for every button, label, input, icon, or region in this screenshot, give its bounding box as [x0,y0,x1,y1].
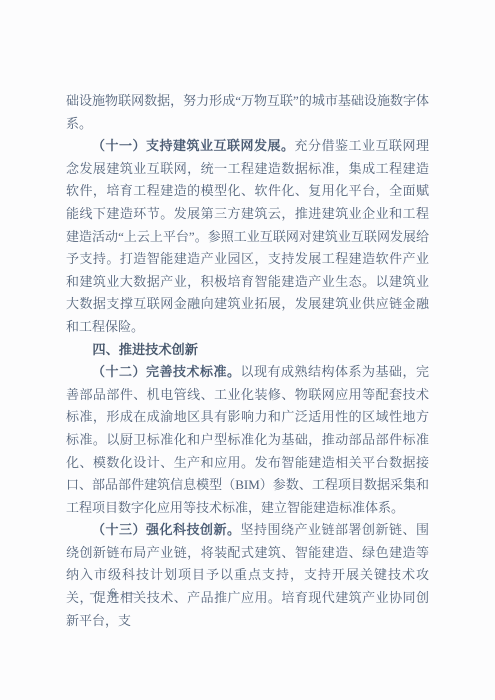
section-heading-4: 四、推进技术创新 [66,339,429,362]
item-11-title: （十一）支持建筑业互联网发展。 [92,138,294,153]
paragraph-continuation: 础设施物联网数据，努力形成“万物互联”的城市基础设施数字体系。 [66,90,429,135]
item-12-body: 以现有成熟结构体系为基础，完善部品部件、机电管线、工业化装修、物联网应用等配套技… [66,364,429,515]
paragraph-item-13: （十三）强化科技创新。坚持围绕产业链部署创新链、围绕创新链布局产业链，将装配式建… [66,519,429,632]
scanned-document-page: { "colors": { "paper": "#fcfcfd", "ink":… [0,0,495,700]
document-body: 础设施物联网数据，努力形成“万物互联”的城市基础设施数字体系。 （十一）支持建筑… [66,90,429,632]
page-number: — 6 — [90,586,138,601]
paragraph-item-12: （十二）完善技术标准。以现有成熟结构体系为基础，完善部品部件、机电管线、工业化装… [66,361,429,519]
document-page: 础设施物联网数据，努力形成“万物互联”的城市基础设施数字体系。 （十一）支持建筑… [0,0,495,700]
item-12-title: （十二）完善技术标准。 [92,364,241,379]
item-13-body: 坚持围绕产业链部署创新链、围绕创新链布局产业链，将装配式建筑、智能建造、绿色建造… [66,522,429,627]
item-11-body: 充分借鉴工业互联网理念发展建筑业互联网，统一工程建造数据标准，集成工程建造软件，… [66,138,429,334]
item-13-title: （十三）强化科技创新。 [92,522,241,537]
paragraph-item-11: （十一）支持建筑业互联网发展。充分借鉴工业互联网理念发展建筑业互联网，统一工程建… [66,135,429,338]
